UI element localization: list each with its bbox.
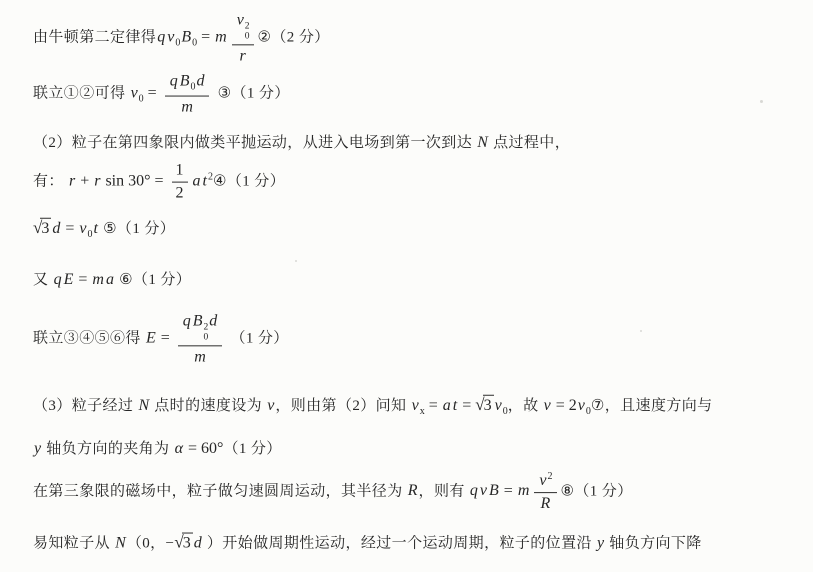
math-variable: q	[53, 272, 63, 288]
math-fraction: v20r	[232, 10, 254, 65]
variable-symbol: v	[266, 397, 275, 414]
text-run: ⑦，且速度方向与	[591, 398, 713, 414]
solution-document-page: 由牛顿第二定律得qv0B0 = mv20r②（2 分）联立①②可得 v0 = q…	[0, 0, 813, 572]
solution-line-horizontal-displacement-equation: √3d = v0t ⑤（1 分）	[33, 217, 175, 242]
scan-speckle	[760, 100, 763, 103]
math-variable: m	[180, 99, 194, 115]
variable-symbol: v	[130, 84, 139, 101]
variable-symbol: a	[192, 172, 202, 189]
math-operator-text: =	[500, 482, 517, 499]
radicand: 3	[40, 218, 51, 238]
fraction-denominator: r	[235, 45, 251, 65]
text-run: 联立③④⑤⑥得	[33, 330, 145, 346]
math-operator-text: =	[458, 397, 475, 414]
fraction-numerator: qB20d	[178, 311, 223, 346]
superscript: 2	[548, 471, 553, 482]
math-variable: α	[174, 441, 184, 457]
fraction-denominator: 2	[172, 183, 188, 203]
math-variable: a	[192, 173, 202, 189]
text-run: ⑧（1 分）	[561, 483, 633, 499]
variable-symbol: E	[145, 329, 157, 346]
text-run: 轴负方向下降	[605, 536, 702, 552]
math-variable: m	[517, 483, 531, 499]
math-operator-text: =	[197, 28, 214, 45]
variable-symbol: N	[114, 535, 127, 552]
text-run: （1 分）	[226, 330, 288, 346]
math-variable: t2	[202, 173, 213, 189]
math-variable: N	[476, 135, 489, 151]
math-operator-text: =	[61, 220, 78, 237]
text-run: ⑥（1 分）	[115, 272, 191, 288]
variable-symbol: v	[411, 397, 420, 414]
text-run: 有：	[33, 173, 68, 189]
variable-symbol: y	[596, 535, 605, 552]
variable-symbol: v	[543, 397, 552, 414]
math-variable: N	[137, 398, 150, 414]
variable-symbol: m	[517, 482, 531, 499]
math-variable: d	[208, 313, 218, 329]
math-fraction: qB20dm	[178, 311, 223, 366]
math-variable: r	[239, 48, 247, 64]
variable-symbol: q	[169, 73, 179, 90]
subscript: 0	[245, 32, 250, 42]
variable-symbol: m	[214, 28, 228, 45]
solution-line-newton-second-law: 由牛顿第二定律得qv0B0 = mv20r②（2 分）	[33, 10, 330, 65]
radicand: 3	[483, 395, 494, 415]
fraction-denominator: m	[189, 346, 211, 366]
math-operator-text: 3	[41, 220, 49, 237]
fraction-denominator: m	[176, 96, 198, 116]
text-run: 由牛顿第二定律得	[33, 29, 156, 45]
math-variable: v0	[78, 221, 92, 237]
math-variable: d	[195, 74, 205, 90]
text-run: 联立①②可得	[33, 85, 130, 101]
solution-line-part2-projectile-intro: （2）粒子在第四象限内做类平抛运动，从进入电场到第一次到达 N 点过程中，	[33, 132, 570, 154]
text-run: ④（1 分）	[213, 173, 285, 189]
variable-symbol: q	[469, 482, 479, 499]
math-variable: v	[479, 483, 488, 499]
math-variable: E	[145, 330, 157, 346]
math-operator-text: 3	[183, 535, 191, 552]
solution-line-part3-velocity-at-N: （3）粒子经过 N 点时的速度设为 v，则由第（2）问知 vx = at = √…	[33, 394, 713, 419]
math-operator-text: =	[74, 271, 91, 288]
math-operator-text: 1	[176, 162, 184, 179]
text-run: ，则由第（2）问知	[275, 398, 410, 414]
scan-speckle	[640, 330, 642, 332]
math-variable: v0	[494, 398, 508, 414]
variable-symbol: v	[166, 28, 175, 45]
variable-symbol: a	[442, 397, 452, 414]
scan-speckle	[295, 260, 297, 262]
math-operator-text: 3	[484, 397, 492, 414]
math-square-root: √3	[475, 394, 493, 417]
variable-symbol: E	[63, 271, 75, 288]
solution-line-combine-1-2-result-v0: 联立①②可得 v0 = qB0dm ③（1 分）	[33, 72, 290, 117]
text-run: 易知粒子从	[33, 536, 114, 552]
math-fraction: v2R	[534, 470, 556, 514]
variable-symbol: v	[479, 482, 488, 499]
math-variable: R	[407, 483, 419, 499]
math-square-root: √3	[174, 532, 192, 555]
variable-symbol: B	[192, 312, 204, 329]
text-run: （3）粒子经过	[33, 398, 137, 414]
math-variable: r	[68, 173, 76, 189]
variable-symbol: m	[193, 348, 207, 365]
math-variable: m	[91, 272, 105, 288]
math-variable: B20	[192, 313, 209, 329]
variable-symbol: R	[540, 496, 552, 513]
math-variable: B0	[179, 74, 196, 90]
text-run: ）开始做周期性运动，经过一个运动周期，粒子的位置沿	[203, 536, 596, 552]
math-operator-text: =	[144, 84, 161, 101]
variable-symbol: d	[193, 535, 203, 552]
solution-line-combine-3456-result-E: 联立③④⑤⑥得 E = qB20dm （1 分）	[33, 311, 289, 366]
solution-line-third-quadrant-circular-motion: 在第三象限的磁场中，粒子做匀速圆周运动，其半径为 R，则有 qvB = mv2R…	[33, 470, 633, 514]
fraction-numerator: qB0d	[165, 72, 210, 97]
solution-line-velocity-angle: y 轴负方向的夹角为 α = 60°（1 分）	[33, 438, 282, 460]
text-run: ，则有	[419, 483, 469, 499]
math-variable: m	[214, 29, 228, 45]
variable-symbol: m	[180, 98, 194, 115]
math-variable: R	[540, 497, 552, 513]
variable-symbol: v	[494, 397, 503, 414]
fraction-numerator: v2	[534, 470, 556, 493]
variable-symbol: B	[179, 73, 191, 90]
variable-symbol: y	[33, 440, 42, 457]
math-variable: v0	[130, 85, 144, 101]
solution-line-displacement-equation: 有： r + r sin 30° = 12at2④（1 分）	[33, 161, 285, 204]
variable-symbol: d	[51, 220, 61, 237]
text-run: （1 分）	[223, 441, 281, 457]
solution-line-periodic-motion-conclusion: 易知粒子从 N（0，−√3d ）开始做周期性运动，经过一个运动周期，粒子的位置沿…	[33, 532, 702, 555]
fraction-denominator: R	[536, 494, 556, 514]
variable-symbol: a	[105, 271, 115, 288]
radicand: 3	[182, 533, 193, 553]
math-variable: v20	[236, 12, 250, 28]
text-run: ⑤（1 分）	[99, 221, 175, 237]
variable-symbol: v	[577, 397, 586, 414]
math-operator-text: +	[76, 172, 93, 189]
variable-symbol: d	[195, 73, 205, 90]
math-variable: q	[469, 483, 479, 499]
text-run: ②（2 分）	[258, 29, 330, 45]
math-variable: v	[266, 398, 275, 414]
math-variable: a	[442, 398, 452, 414]
math-variable: v	[543, 398, 552, 414]
subscript: 0	[204, 333, 209, 343]
variable-symbol: N	[137, 397, 150, 414]
math-operator-text: = 60°	[184, 440, 223, 457]
fraction-numerator: 1	[172, 161, 188, 183]
variable-symbol: r	[68, 172, 76, 189]
math-variable: N	[114, 536, 127, 552]
text-run: 又	[33, 272, 53, 288]
math-operator-text: sin 30° =	[101, 172, 167, 189]
variable-symbol: B	[488, 482, 500, 499]
math-variable: d	[51, 221, 61, 237]
variable-symbol: v	[236, 11, 245, 28]
math-variable: y	[596, 536, 605, 552]
variable-symbol: v	[538, 472, 547, 489]
math-variable: B0	[180, 29, 197, 45]
math-variable: y	[33, 441, 42, 457]
math-fraction: qB0dm	[165, 72, 210, 117]
math-operator-text: =	[157, 329, 174, 346]
variable-symbol: R	[407, 482, 419, 499]
math-operator-text: =	[425, 397, 442, 414]
variable-symbol: m	[91, 271, 105, 288]
text-run: ，故	[508, 398, 543, 414]
math-variable: E	[63, 272, 75, 288]
solution-line-force-equation: 又 qE = ma ⑥（1 分）	[33, 269, 191, 291]
math-variable: v0	[166, 29, 180, 45]
math-operator-text: = 2	[552, 397, 577, 414]
math-variable: a	[105, 272, 115, 288]
fraction-numerator: v20	[232, 10, 254, 45]
variable-symbol: N	[476, 134, 489, 151]
variable-symbol: d	[208, 312, 218, 329]
math-variable: q	[182, 313, 192, 329]
math-variable: v0	[577, 398, 591, 414]
variable-symbol: r	[239, 47, 247, 64]
math-variable: vx	[411, 398, 425, 414]
variable-symbol: q	[156, 28, 166, 45]
text-run: 点过程中，	[489, 135, 570, 151]
sub-sup-stack: 20	[245, 22, 250, 42]
math-variable: d	[193, 536, 203, 552]
text-run: 在第三象限的磁场中，粒子做匀速圆周运动，其半径为	[33, 483, 407, 499]
variable-symbol: q	[53, 271, 63, 288]
variable-symbol: q	[182, 312, 192, 329]
math-variable: B	[488, 483, 500, 499]
text-run: （2）粒子在第四象限内做类平抛运动，从进入电场到第一次到达	[33, 135, 476, 151]
variable-symbol: α	[174, 440, 184, 457]
text-run: ③（1 分）	[213, 85, 289, 101]
math-variable: v2	[538, 473, 552, 489]
variable-symbol: B	[180, 28, 192, 45]
text-run: （0，−	[127, 536, 175, 552]
math-variable: q	[169, 74, 179, 90]
math-square-root: √3	[33, 217, 51, 240]
math-operator-text: 2	[176, 185, 184, 202]
text-run: 点时的速度设为	[150, 398, 266, 414]
math-variable: q	[156, 29, 166, 45]
math-fraction: 12	[172, 161, 188, 204]
text-run: 轴负方向的夹角为	[42, 441, 174, 457]
math-variable: m	[193, 349, 207, 365]
